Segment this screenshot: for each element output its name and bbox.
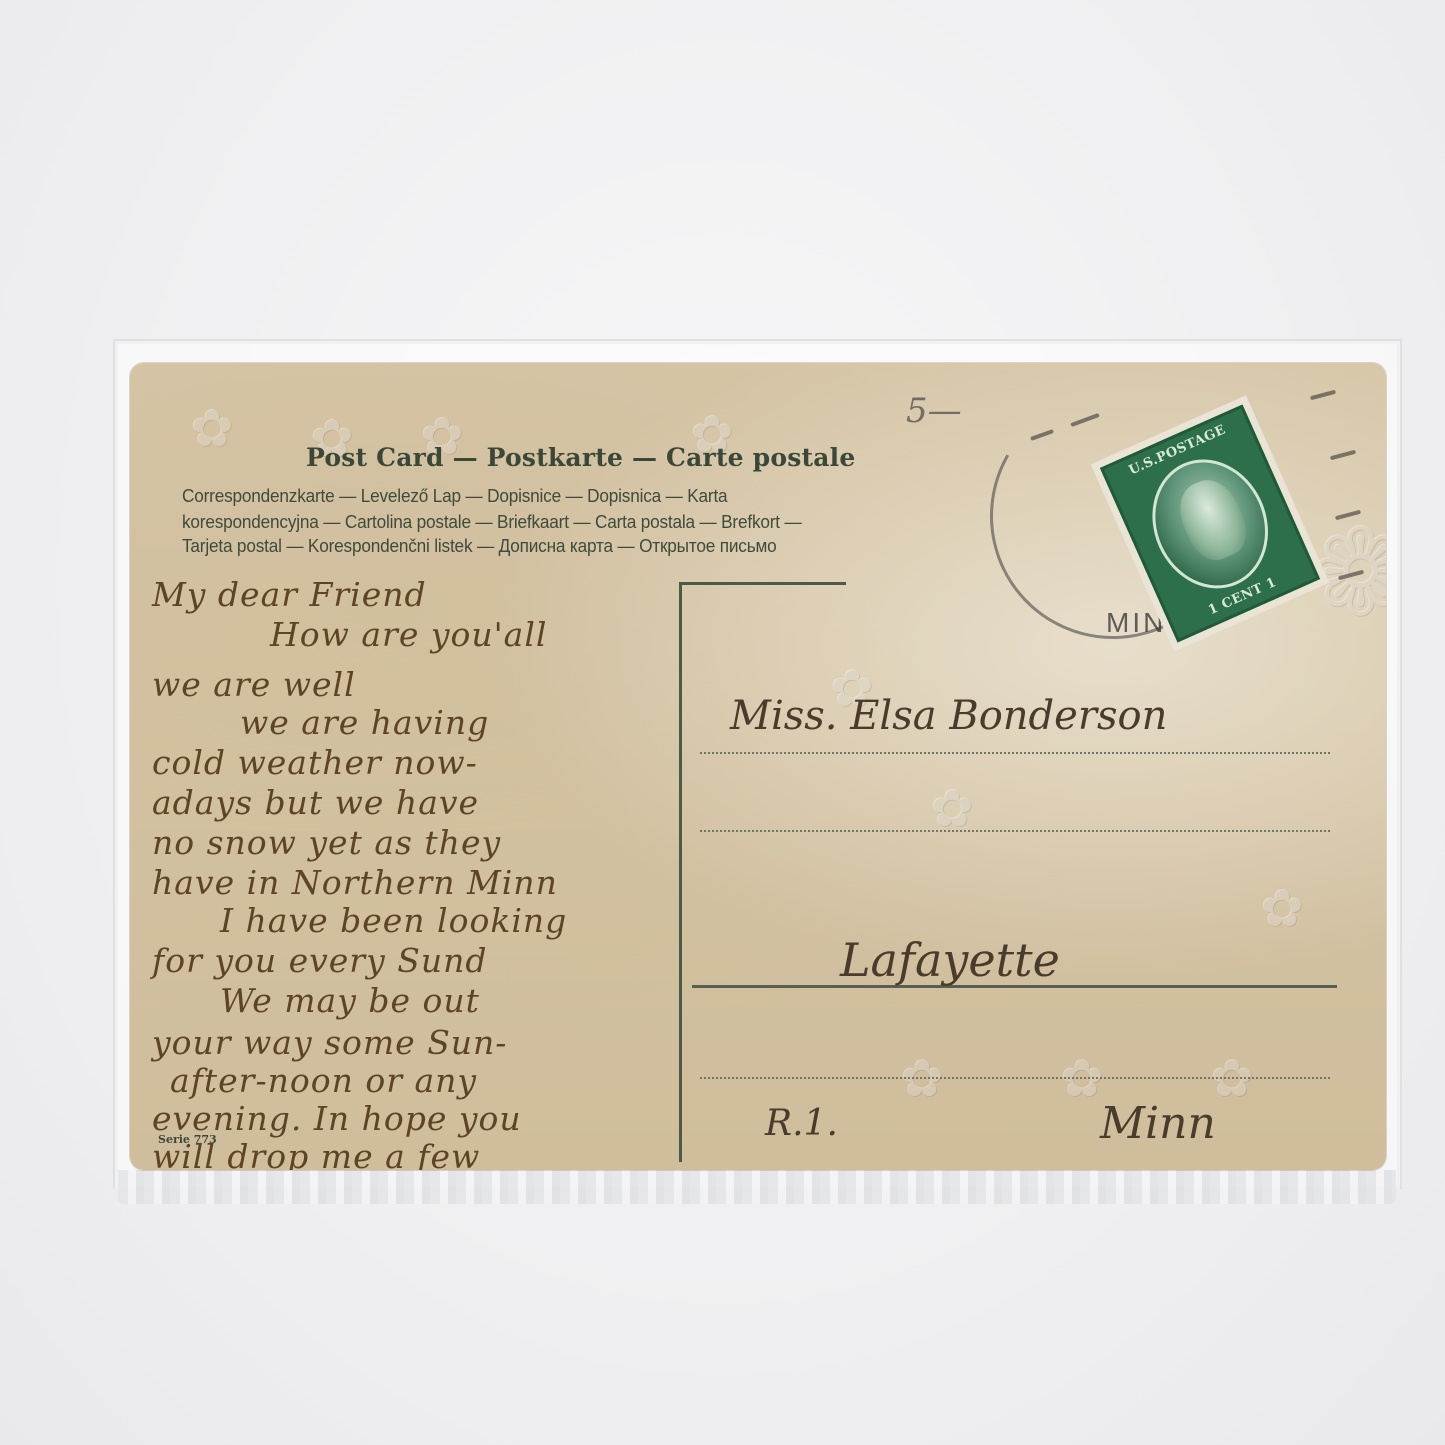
rate-mark: 5— [906, 391, 962, 431]
message-line: My dear Friend [152, 575, 427, 614]
embossed-flower-icon: ✿ [190, 403, 234, 455]
washington-portrait-icon [1170, 471, 1256, 568]
embossed-flower-icon: ✿ [900, 1053, 944, 1105]
message-line: we are well [152, 665, 356, 704]
embossed-flower-icon: ✿ [930, 783, 974, 835]
recipient-name: Miss. Elsa Bonderson [730, 693, 1167, 739]
address-line [700, 752, 1330, 754]
message-line: no snow yet as they [152, 823, 501, 862]
message-line: we are having [240, 703, 489, 742]
divider-vertical [679, 582, 682, 1162]
language-line: Tarjeta postal — Korespondenčni listek —… [182, 535, 777, 557]
message-line: adays but we have [152, 783, 479, 822]
language-line: Correspondenzkarte — Levelező Lap — Dopi… [182, 485, 727, 507]
embossed-flower-icon: ✿ [1210, 1053, 1254, 1105]
recipient-city: Lafayette [840, 933, 1060, 987]
sleeve-seam [118, 1170, 1396, 1204]
embossed-flower-icon: ✿ [1260, 883, 1304, 935]
divider-horizontal [680, 582, 846, 585]
message-line: have in Northern Minn [152, 863, 558, 902]
serie-label: Serie 773 [158, 1133, 217, 1146]
message-line: We may be out [220, 981, 480, 1020]
recipient-route: R.1. [765, 1103, 838, 1144]
postcard-title: Post Card — Postkarte — Carte postale [306, 443, 855, 472]
recipient-state: Minn [1100, 1098, 1216, 1149]
message-line: I have been looking [220, 901, 567, 940]
address-line [700, 830, 1330, 832]
message-line: How are you'all [270, 615, 547, 654]
message-line: after-noon or any [170, 1061, 477, 1100]
language-line: korespondencyjna — Cartolina postale — B… [182, 511, 801, 533]
embossed-flower-icon: ✿ [1060, 1053, 1104, 1105]
address-line [700, 1077, 1330, 1079]
cancel-mark [1330, 450, 1356, 461]
cancel-mark [1310, 390, 1336, 401]
message-line: your way some Sun- [152, 1023, 507, 1062]
message-line: cold weather now- [152, 743, 478, 782]
message-line: for you every Sund [152, 941, 487, 980]
postcard: ✿ ✿ ✿ ✿ ✿ ✿ ✿ ✿ ✿ ✿ ❁ Post Card — Postka… [130, 363, 1386, 1170]
